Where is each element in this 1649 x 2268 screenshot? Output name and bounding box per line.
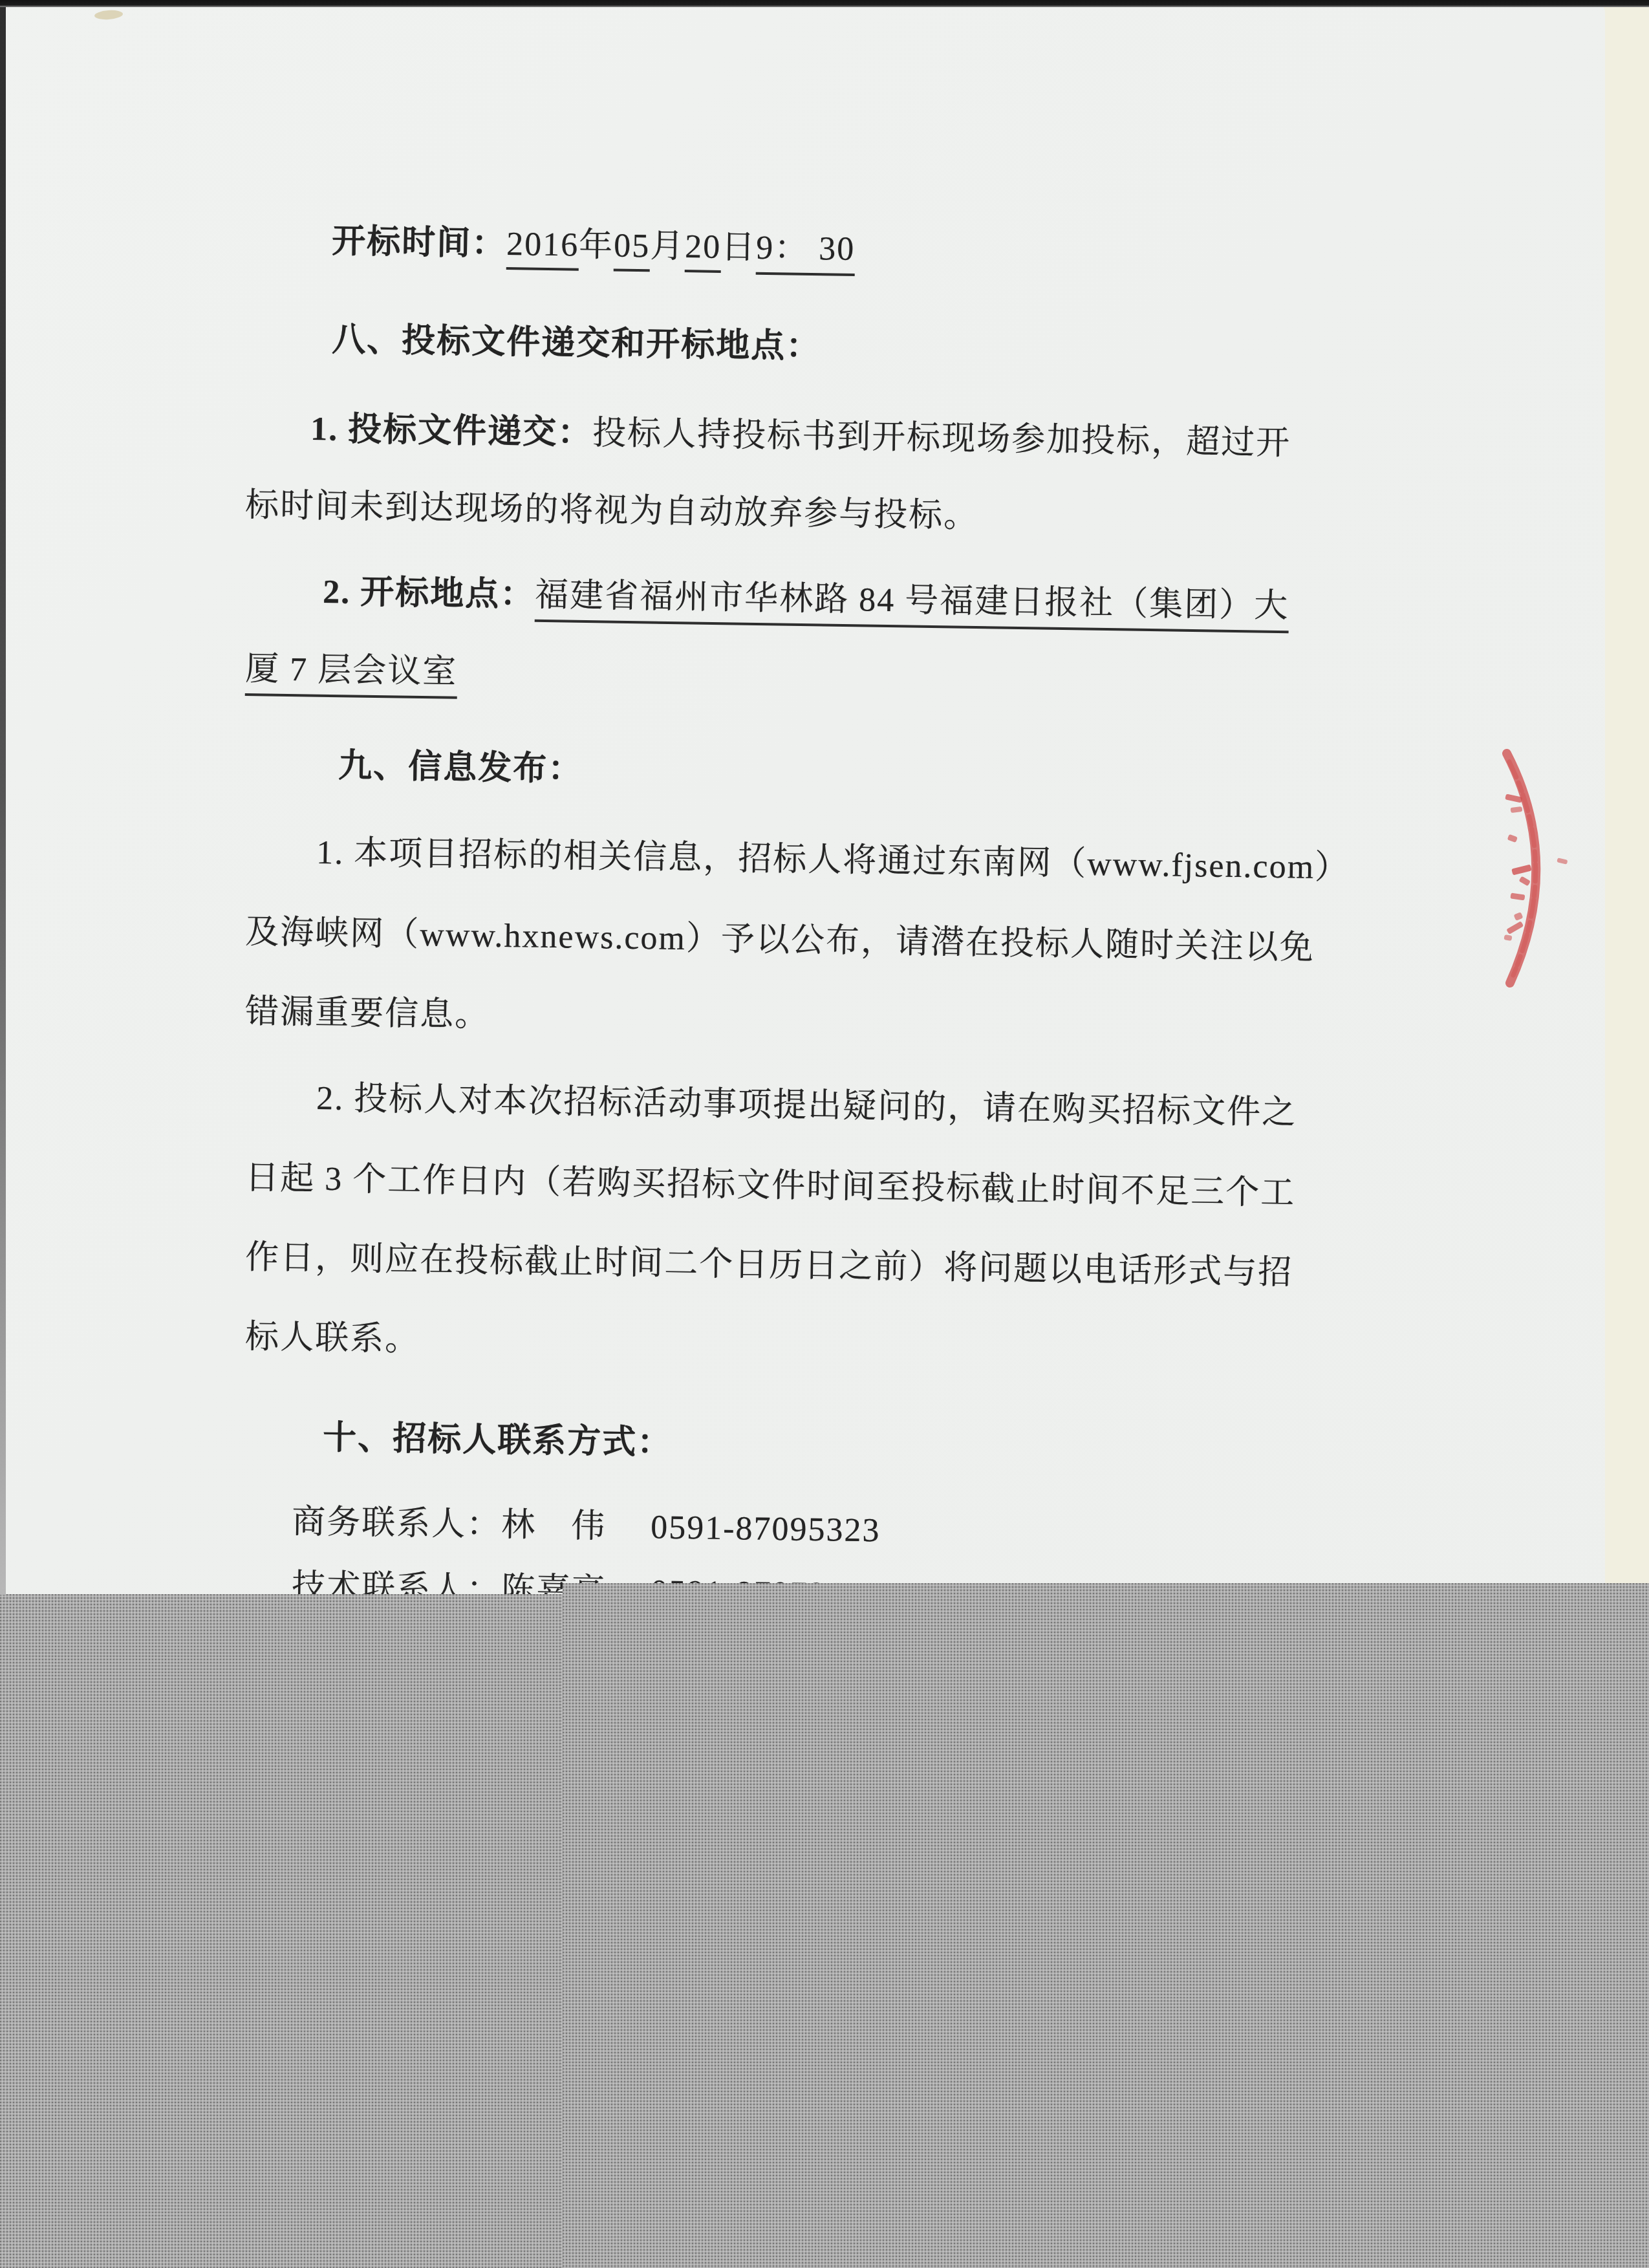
p4-line1: 2. 投标人对本次招标活动事项提出疑问的，请在购买招标文件之 xyxy=(316,1070,1297,1133)
text-segment: 日起 3 个工作日内（若购买招标文件时间至投标截止时间不足三个工 xyxy=(245,1150,1296,1214)
red-seal-partial-icon xyxy=(1474,731,1584,1009)
text-segment: 2. 投标人对本次招标活动事项提出疑问的，请在购买招标文件之 xyxy=(316,1070,1297,1133)
contact-business-line: 商务联系人：林 伟 0591-87095323 xyxy=(292,1494,881,1551)
text-segment: 标时间未到达现场的将视为自动放弃参与投标。 xyxy=(245,477,979,537)
text-segment: 20 xyxy=(685,228,722,273)
p3-line1: 1. 本项目招标的相关信息，招标人将通过东南网（www.fjsen.com） xyxy=(316,825,1350,889)
text-segment: 1. 投标文件递交： xyxy=(310,401,593,453)
text-segment: 年 xyxy=(579,217,614,266)
p2-line2: 厦 7 层会议室 xyxy=(245,641,458,699)
text-segment: 月 xyxy=(650,218,685,267)
text-segment: 开标时间： xyxy=(332,213,507,265)
text-segment: 日 xyxy=(721,219,757,268)
scan-gray-block-left xyxy=(0,1594,563,2268)
text-segment: 1. 本项目招标的相关信息，招标人将通过东南网（www.fjsen.com） xyxy=(316,825,1350,889)
text-segment: 商务联系人：林 伟 0591-87095323 xyxy=(292,1494,881,1551)
scanned-document-page: { "document": { "kind": "scanned tender … xyxy=(0,0,1649,2268)
p4-line4: 标人联系。 xyxy=(245,1309,420,1360)
p4-line3: 作日，则应在投标截止时间二个日历日之前）将问题以电话形式与招 xyxy=(245,1229,1293,1293)
text-segment: 作日，则应在投标截止时间二个日历日之前）将问题以电话形式与招 xyxy=(245,1229,1293,1293)
section-10-heading: 十、招标人联系方式： xyxy=(323,1410,673,1463)
p1-line1: 1. 投标文件递交：投标人持投标书到开标现场参加投标，超过开 xyxy=(310,401,1291,464)
p2-line1: 2. 开标地点：福建省福州市华林路 84 号福建日报社（集团）大 xyxy=(323,564,1289,633)
text-segment: 厦 7 层会议室 xyxy=(245,641,458,699)
text-segment: 2. 开标地点： xyxy=(323,564,535,616)
text-segment: 标人联系。 xyxy=(245,1309,420,1360)
p3-line3: 错漏重要信息。 xyxy=(245,984,490,1036)
text-segment: 9： 30 xyxy=(756,220,856,276)
scanner-left-edge xyxy=(0,0,6,1595)
p1-line2: 标时间未到达现场的将视为自动放弃参与投标。 xyxy=(245,477,979,537)
text-segment: 九、信息发布： xyxy=(338,738,583,790)
section-8-heading: 八、投标文件递交和开标地点： xyxy=(332,312,821,367)
text-segment: 八、投标文件递交和开标地点： xyxy=(332,312,821,367)
scanner-top-edge xyxy=(0,0,1649,7)
scan-gray-block-right xyxy=(563,1583,1649,2268)
text-segment: 2016 xyxy=(506,225,579,271)
p3-line2: 及海峡网（www.hxnews.com）予以公布，请潜在投标人随时关注以免 xyxy=(245,904,1315,969)
p4-line2: 日起 3 个工作日内（若购买招标文件时间至投标截止时间不足三个工 xyxy=(245,1150,1296,1214)
text-segment: 错漏重要信息。 xyxy=(245,984,490,1036)
text-segment: 05 xyxy=(614,226,651,272)
section-9-heading: 九、信息发布： xyxy=(338,738,583,790)
text-segment: 投标人持投标书到开标现场参加投标，超过开 xyxy=(592,405,1291,464)
text-segment: 及海峡网（www.hxnews.com）予以公布，请潜在投标人随时关注以免 xyxy=(245,904,1315,969)
open-time-line: 开标时间：2016 年 05 月 20 日 9： 30 xyxy=(332,213,856,276)
text-segment: 十、招标人联系方式： xyxy=(323,1410,673,1463)
text-segment: 福建省福州市华林路 84 号福建日报社（集团）大 xyxy=(535,567,1289,633)
